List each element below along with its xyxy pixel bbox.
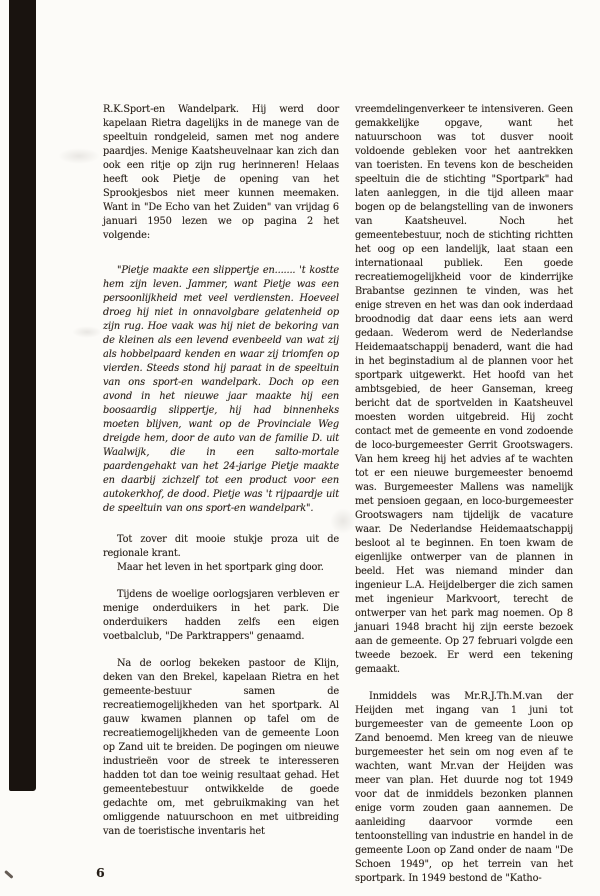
left-para-tot-zover: Tot zover dit mooie stukje proza uit de … — [103, 533, 339, 561]
left-column: R.K.Sport-en Wandelpark. Hij werd door k… — [103, 103, 339, 886]
right-para-inmiddels: Inmiddels was Mr.R.J.Th.M.van der Heijde… — [355, 690, 573, 886]
page-number: 6 — [96, 865, 105, 880]
scan-smudge — [72, 326, 102, 338]
left-para-oorlogsjaren: Tijdens de woelige oorlogsjaren verbleve… — [103, 588, 339, 644]
book-page: R.K.Sport-en Wandelpark. Hij werd door k… — [0, 0, 600, 896]
left-para-na-de-oorlog: Na de oorlog bekeken pastoor de Klijn, d… — [103, 657, 339, 839]
scan-artifact-mark — [4, 870, 13, 879]
left-para-continued-wandelpark: R.K.Sport-en Wandelpark. Hij werd door k… — [103, 103, 339, 243]
binding-bar — [9, 0, 36, 791]
left-para-newspaper-quote: "Pietje maakte een slippertje en....... … — [103, 264, 339, 516]
scan-smudge — [58, 148, 100, 164]
right-column: vreemdelingenverkeer te intensiveren. Ge… — [355, 103, 573, 886]
right-para-continued-vreemdelingenverkeer: vreemdelingenverkeer te intensiveren. Ge… — [355, 103, 573, 677]
left-para-maar-het-leven: Maar het leven in het sportpark ging doo… — [103, 561, 339, 575]
page-text-block: R.K.Sport-en Wandelpark. Hij werd door k… — [103, 103, 573, 886]
